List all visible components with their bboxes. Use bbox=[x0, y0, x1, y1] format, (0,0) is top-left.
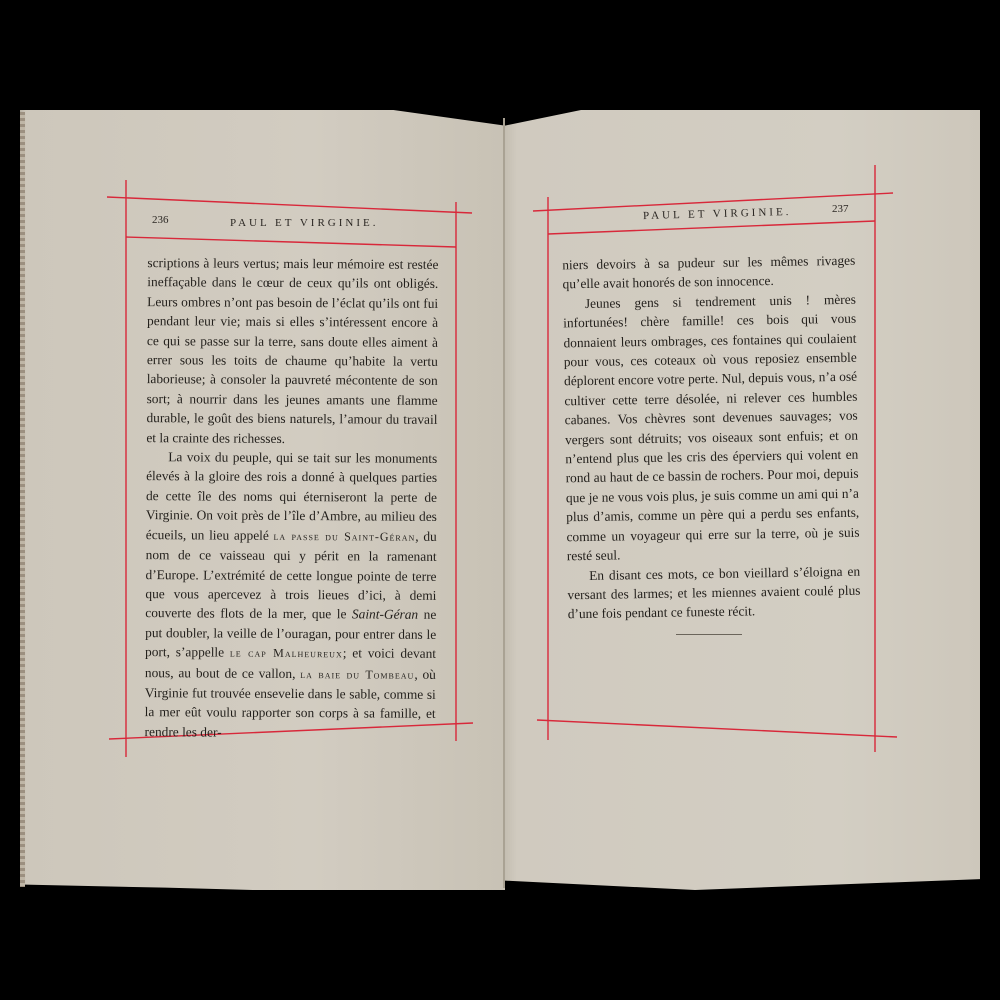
left-page-number: 236 bbox=[152, 214, 169, 226]
end-of-chapter-rule bbox=[676, 634, 742, 635]
text-run: niers devoirs à sa pudeur sur les mêmes … bbox=[562, 253, 855, 292]
right-page-number: 237 bbox=[832, 203, 849, 215]
left-running-head: PAUL ET VIRGINIE. bbox=[230, 217, 378, 229]
right_page-paragraph: Jeunes gens si tendrement unis ! mères i… bbox=[563, 290, 860, 566]
text-run: scriptions à leurs vertus; mais leur mém… bbox=[146, 255, 438, 445]
right-page-body: niers devoirs à sa pudeur sur les mêmes … bbox=[562, 251, 861, 624]
place-name: le cap Malheureux bbox=[230, 646, 343, 661]
text-run: Jeunes gens si tendrement unis ! mères i… bbox=[563, 292, 860, 564]
left_page-paragraph: scriptions à leurs vertus; mais leur mém… bbox=[146, 253, 438, 449]
place-name: la passe du Saint-Géran bbox=[273, 529, 415, 544]
text-run: En disant ces mots, ce bon vieillard s’é… bbox=[567, 563, 860, 621]
left_page-paragraph: La voix du peuple, qui se tait sur les m… bbox=[145, 447, 438, 743]
place-name: la baie du Tombeau bbox=[300, 667, 414, 682]
ship-name: Saint-Géran bbox=[352, 607, 418, 622]
book-gutter bbox=[503, 118, 505, 888]
right_page-paragraph: En disant ces mots, ce bon vieillard s’é… bbox=[567, 561, 861, 624]
left-page-edge bbox=[20, 112, 25, 887]
right_page-paragraph: niers devoirs à sa pudeur sur les mêmes … bbox=[562, 251, 856, 294]
left-page-body: scriptions à leurs vertus; mais leur mém… bbox=[145, 253, 439, 743]
